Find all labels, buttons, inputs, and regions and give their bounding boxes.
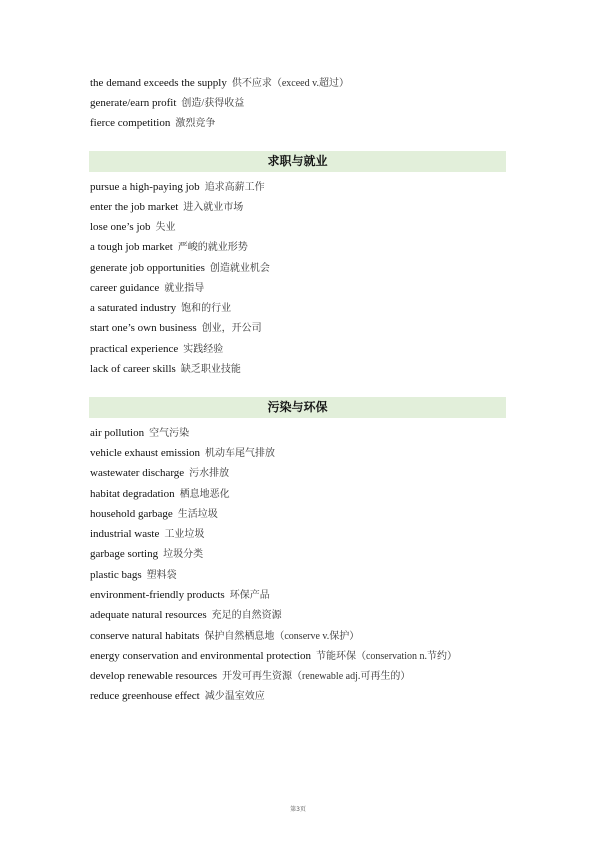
term-en: career guidance: [90, 282, 159, 294]
term-en: the demand exceeds the supply: [90, 77, 227, 89]
document-page: the demand exceeds the supply供不应求（exceed…: [0, 0, 596, 842]
vocab-item: vehicle exhaust emission机动车尾气排放: [90, 446, 275, 461]
vocab-item: conserve natural habitats保护自然栖息地（conserv…: [90, 629, 359, 644]
term-en: start one’s own business: [90, 322, 197, 334]
term-zh: 栖息地恶化: [180, 489, 230, 500]
term-en: enter the job market: [90, 201, 178, 213]
term-zh: 生活垃圾: [178, 509, 218, 520]
page-number: 第3页: [0, 804, 596, 813]
term-zh: 缺乏职业技能: [181, 364, 241, 375]
vocab-item: a tough job market严峻的就业形势: [90, 240, 248, 255]
section-heading-environment: 污染与环保: [89, 397, 506, 418]
vocab-item: energy conservation and environmental pr…: [90, 649, 457, 664]
term-zh: 创业，开公司: [202, 323, 262, 334]
term-en: industrial waste: [90, 528, 159, 540]
term-en: garbage sorting: [90, 548, 158, 560]
term-zh: 塑料袋: [147, 570, 177, 581]
term-en: develop renewable resources: [90, 670, 217, 682]
term-en: wastewater discharge: [90, 467, 184, 479]
vocab-item: fierce competition激烈竞争: [90, 116, 215, 131]
term-zh: 污水排放: [189, 468, 229, 479]
term-en: generate job opportunities: [90, 262, 205, 274]
term-zh: 追求高薪工作: [205, 182, 265, 193]
term-zh: 创造就业机会: [210, 263, 270, 274]
vocab-item: plastic bags塑料袋: [90, 568, 177, 583]
term-zh: 进入就业市场: [183, 202, 243, 213]
vocab-item: industrial waste工业垃圾: [90, 527, 204, 542]
vocab-item: the demand exceeds the supply供不应求（exceed…: [90, 76, 349, 91]
term-zh: 饱和的行业: [181, 303, 231, 314]
term-zh: 环保产品: [230, 590, 270, 601]
vocab-item: generate job opportunities创造就业机会: [90, 261, 270, 276]
term-en: a saturated industry: [90, 302, 176, 314]
vocab-item: lose one’s job失业: [90, 220, 176, 235]
term-zh: 减少温室效应: [205, 691, 265, 702]
term-en: practical experience: [90, 343, 178, 355]
term-en: plastic bags: [90, 569, 142, 581]
term-zh: 严峻的就业形势: [178, 242, 248, 253]
term-zh: 机动车尾气排放: [205, 448, 275, 459]
term-zh: 保护自然栖息地（conserve v.保护）: [204, 631, 359, 642]
term-en: environment-friendly products: [90, 589, 225, 601]
vocab-item: practical experience实践经验: [90, 342, 223, 357]
term-en: lack of career skills: [90, 363, 176, 375]
term-zh: 节能环保（conservation n.节约）: [316, 651, 457, 662]
term-zh: 就业指导: [164, 283, 204, 294]
vocab-item: wastewater discharge污水排放: [90, 466, 229, 481]
term-zh: 空气污染: [149, 428, 189, 439]
vocab-item: enter the job market进入就业市场: [90, 200, 243, 215]
vocab-item: adequate natural resources充足的自然资源: [90, 608, 282, 623]
term-zh: 工业垃圾: [164, 529, 204, 540]
term-en: a tough job market: [90, 241, 173, 253]
term-en: vehicle exhaust emission: [90, 447, 200, 459]
vocab-item: lack of career skills缺乏职业技能: [90, 362, 241, 377]
term-en: fierce competition: [90, 117, 170, 129]
term-zh: 充足的自然资源: [212, 610, 282, 621]
vocab-item: a saturated industry饱和的行业: [90, 301, 231, 316]
term-zh: 开发可再生资源（renewable adj.可再生的）: [222, 671, 410, 682]
term-en: habitat degradation: [90, 488, 175, 500]
vocab-item: environment-friendly products环保产品: [90, 588, 270, 603]
term-zh: 创造/获得收益: [181, 98, 244, 109]
vocab-item: start one’s own business创业，开公司: [90, 321, 262, 336]
term-en: generate/earn profit: [90, 97, 176, 109]
term-en: reduce greenhouse effect: [90, 690, 200, 702]
term-en: household garbage: [90, 508, 173, 520]
vocab-item: air pollution空气污染: [90, 426, 189, 441]
vocab-item: develop renewable resources开发可再生资源（renew…: [90, 669, 410, 684]
vocab-item: habitat degradation栖息地恶化: [90, 487, 230, 502]
vocab-item: reduce greenhouse effect减少温室效应: [90, 689, 265, 704]
term-en: energy conservation and environmental pr…: [90, 650, 311, 662]
term-en: adequate natural resources: [90, 609, 207, 621]
vocab-item: household garbage生活垃圾: [90, 507, 218, 522]
vocab-item: garbage sorting垃圾分类: [90, 547, 203, 562]
vocab-item: career guidance就业指导: [90, 281, 204, 296]
term-zh: 失业: [156, 222, 176, 233]
term-en: air pollution: [90, 427, 144, 439]
term-zh: 激烈竞争: [175, 118, 215, 129]
term-en: conserve natural habitats: [90, 630, 199, 642]
vocab-item: pursue a high-paying job追求高薪工作: [90, 180, 265, 195]
vocab-item: generate/earn profit创造/获得收益: [90, 96, 244, 111]
section-heading-jobs: 求职与就业: [89, 151, 506, 172]
term-zh: 垃圾分类: [163, 549, 203, 560]
term-zh: 实践经验: [183, 344, 223, 355]
term-en: lose one’s job: [90, 221, 151, 233]
term-zh: 供不应求（exceed v.超过）: [232, 78, 349, 89]
term-en: pursue a high-paying job: [90, 181, 200, 193]
